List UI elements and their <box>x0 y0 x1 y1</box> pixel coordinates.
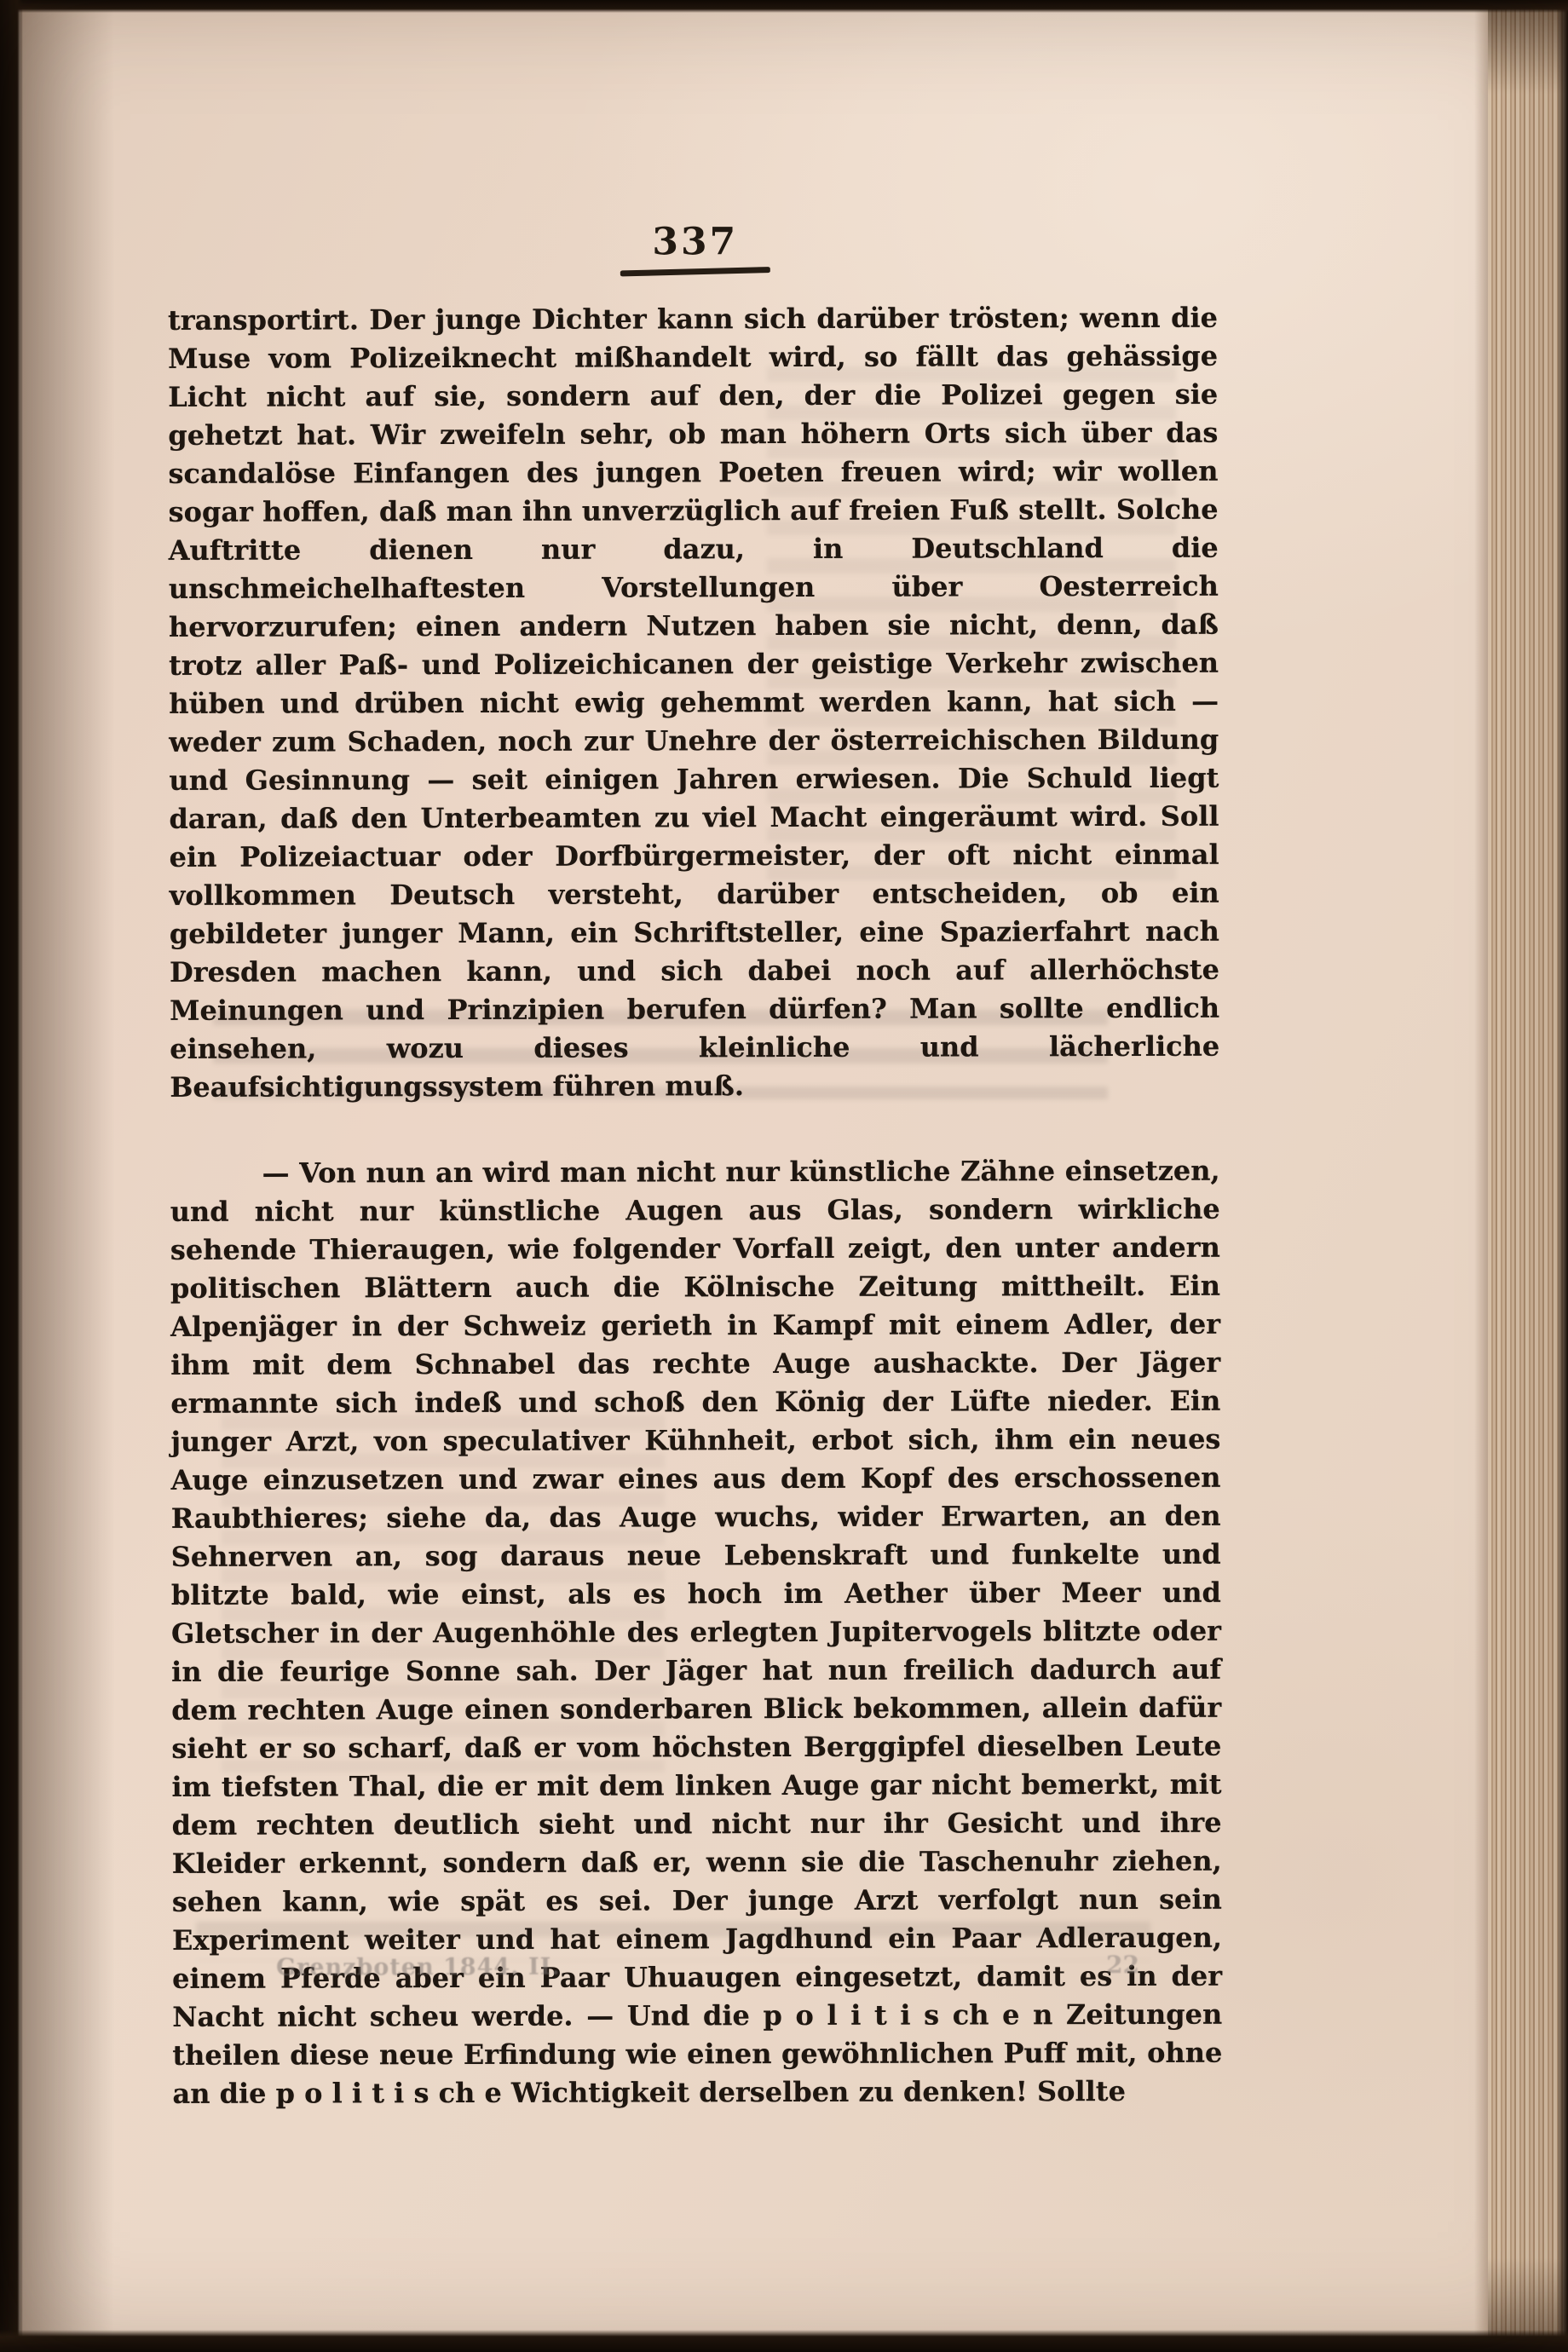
body-text: transportirt. Der junge Dichter kann sic… <box>168 299 1223 2113</box>
page-header: 337 <box>614 220 776 274</box>
fore-edge-outer-dark <box>1558 0 1568 2352</box>
scanned-book-page: 337 transportirt. Der junge Dichter kann… <box>0 0 1568 2352</box>
book-fore-edge <box>1488 0 1568 2352</box>
footer-signature: Grenzboten 1844. II. <box>276 1954 561 1981</box>
footer-sheet-number: 22 <box>1106 1951 1139 1979</box>
binding-gutter-shadow <box>20 0 114 2352</box>
scan-edge-bottom <box>0 2330 1568 2352</box>
scan-edge-top <box>0 0 1568 13</box>
paragraph-1: transportirt. Der junge Dichter kann sic… <box>168 299 1219 1107</box>
page-number: 337 <box>614 220 776 263</box>
scan-edge-left <box>0 0 23 2352</box>
